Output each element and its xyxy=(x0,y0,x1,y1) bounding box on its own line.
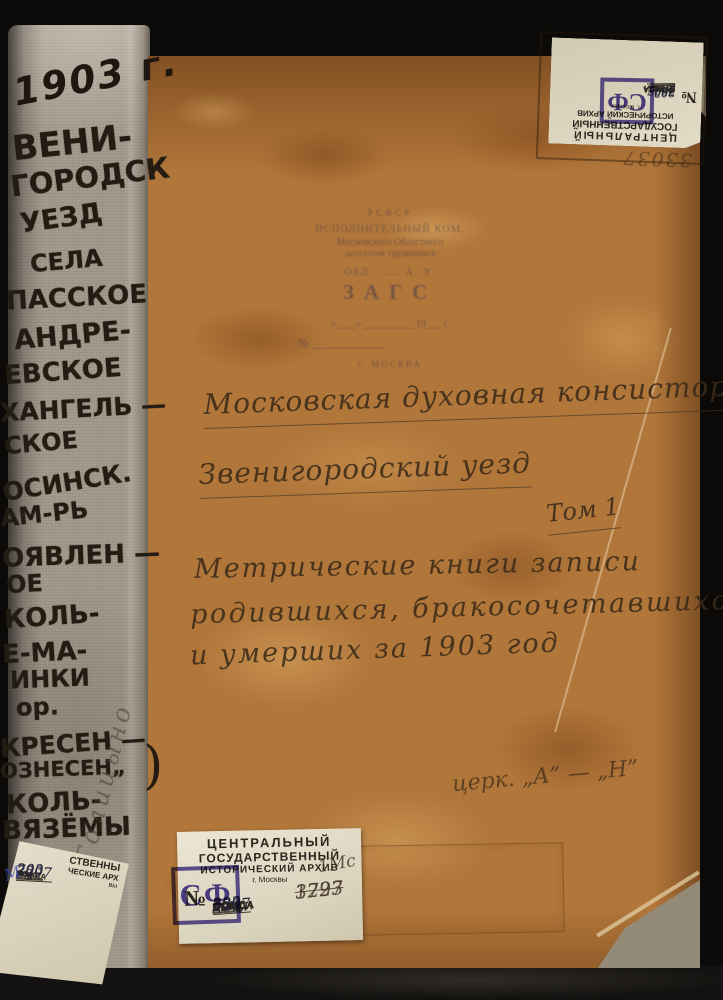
table-surface xyxy=(0,966,723,1000)
spine-line: ор. xyxy=(16,692,60,721)
spine-line: ИНКИ xyxy=(10,664,91,695)
zags-line: Московского Областного xyxy=(280,237,500,248)
book-cover-photo: 1903 г. ВЕНИ- ГОРОДСК УЕЗД СЕЛА ПАССКОЕ … xyxy=(0,0,723,1000)
zags-date-line: «____» __________ 19___ г. xyxy=(280,319,500,330)
volume-text: Том 1 xyxy=(545,492,622,535)
spine-line: ВЯЗЁМЫ xyxy=(2,812,132,846)
spine-line: ОЕ xyxy=(5,569,43,599)
spine-line: ОЯВЛЕН — xyxy=(2,538,161,573)
sf-stamp: СФ xyxy=(171,865,241,925)
zags-line: ИСПОЛНИТЕЛЬНЫЙ КОМ. xyxy=(280,224,500,235)
zags-line: ОБЛ. ..... А. У. xyxy=(280,267,500,278)
zags-line: депутатов трудящихся xyxy=(280,249,500,259)
sf-stamp: СФ xyxy=(600,78,655,125)
zags-line: РСФСР xyxy=(280,208,500,218)
zags-number-line: № ____________ xyxy=(280,336,500,351)
embossed-rectangle xyxy=(349,842,565,936)
zags-ink-stamp: РСФСР ИСПОЛНИТЕЛЬНЫЙ КОМ. Московского Об… xyxy=(280,208,500,369)
zags-city: г. МОСКВА xyxy=(280,359,500,369)
spine-parenthesis: ) xyxy=(143,736,163,796)
zags-title: ЗАГС xyxy=(280,280,500,305)
